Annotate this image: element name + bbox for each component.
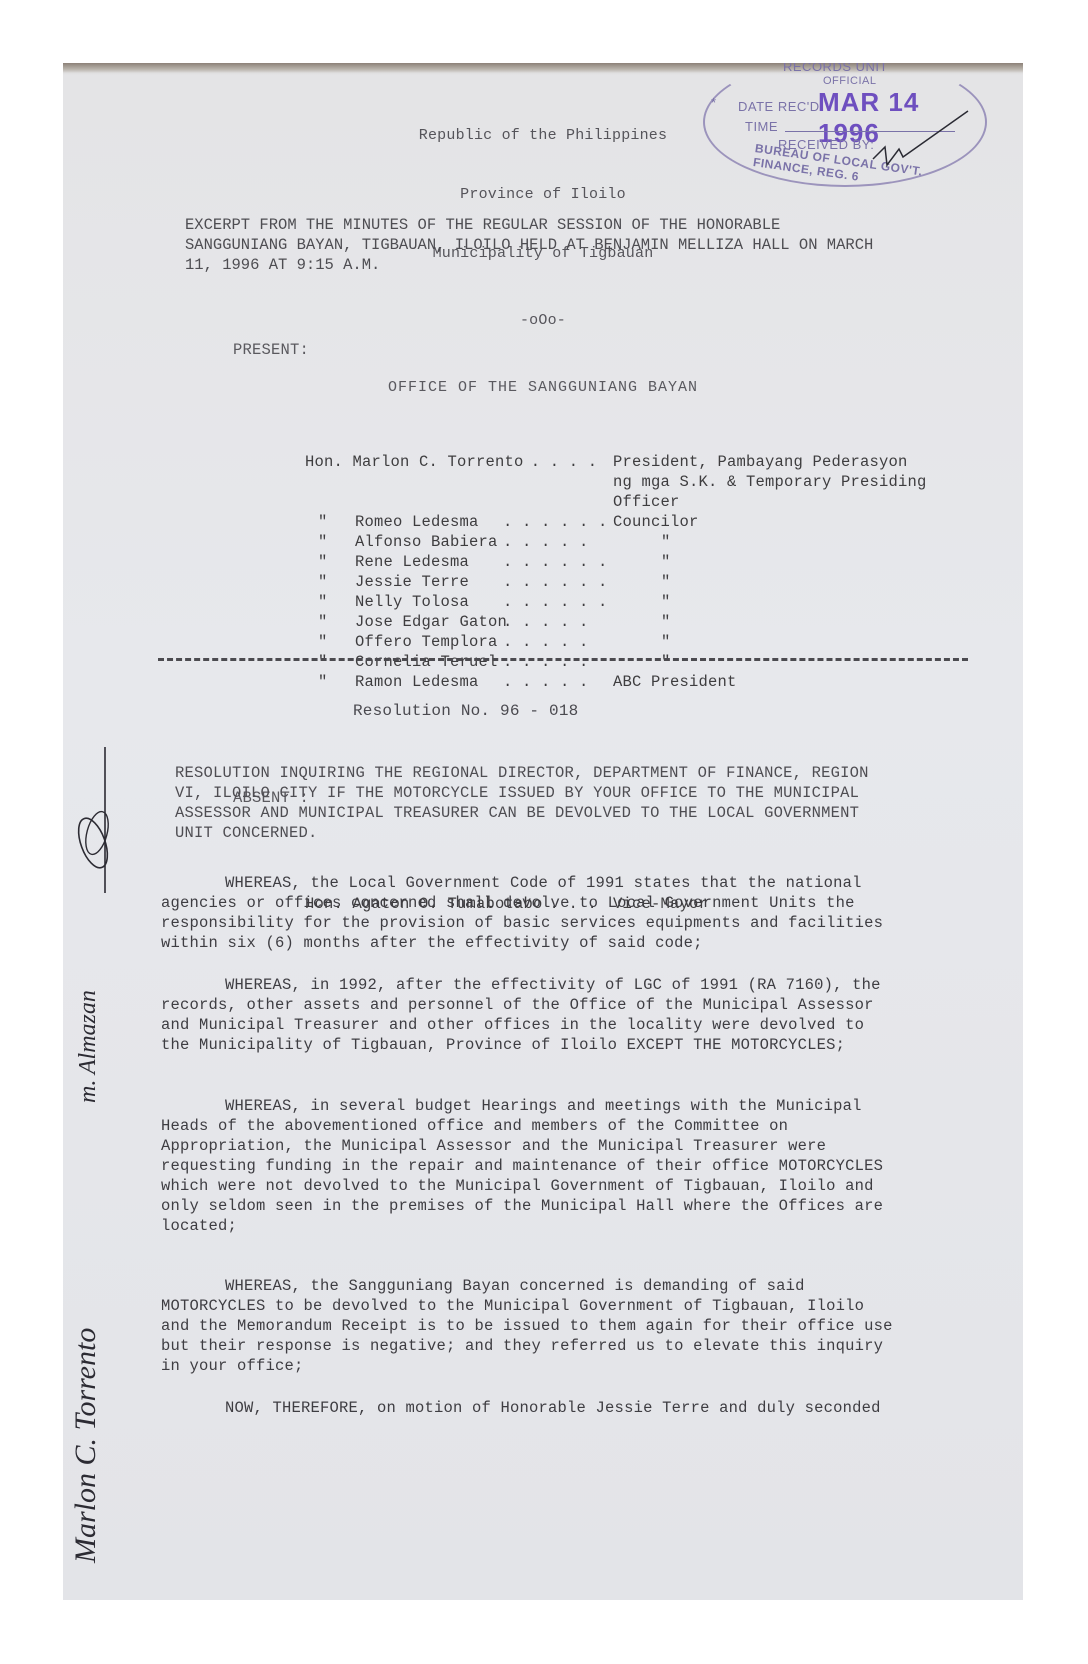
- ditto-mark: ": [318, 532, 328, 552]
- leader-dots: . . . . . .: [503, 552, 608, 572]
- present-member-row: "Jessie Terre. . . . . .": [233, 572, 993, 592]
- member-role: ": [661, 552, 671, 572]
- leader-dots: . . . . .: [503, 632, 589, 652]
- member-name: Jessie Terre: [355, 572, 469, 592]
- member-name: Offero Templora: [355, 632, 498, 652]
- ditto-mark: ": [318, 572, 328, 592]
- present-member-row: "Nelly Tolosa. . . . . .": [233, 592, 993, 612]
- present-member-row: "Cornelia Teruel. . . . .": [233, 652, 993, 672]
- member-name: Romeo Ledesma: [355, 512, 479, 532]
- stamp-asterisk-icon: *: [711, 95, 717, 110]
- leader-dots: . . . . .: [503, 532, 589, 552]
- member-name: Cornelia Teruel: [355, 652, 498, 672]
- member-name: Ramon Ledesma: [355, 672, 479, 692]
- ditto-mark: ": [318, 632, 328, 652]
- signature-torrento: Marlon C. Torrento: [69, 1328, 103, 1563]
- present-member-row: Hon. Marlon C. Torrento . . . .President…: [233, 452, 993, 472]
- present-label: PRESENT:: [233, 340, 993, 360]
- ditto-mark: ": [318, 512, 328, 532]
- attendance-list: PRESENT: Hon. Marlon C. Torrento . . . .…: [233, 300, 993, 954]
- section-divider: [158, 658, 968, 661]
- present-member-row: "Offero Templora. . . . .": [233, 632, 993, 652]
- excerpt-heading: EXCERPT FROM THE MINUTES OF THE REGULAR …: [185, 215, 885, 275]
- stamp-date-label: DATE REC'D: [738, 99, 820, 114]
- present-members: Hon. Marlon C. Torrento . . . .President…: [233, 452, 993, 692]
- member-role-continuation: Officer: [233, 492, 993, 512]
- member-role-continuation: ng mga S.K. & Temporary Presiding: [233, 472, 993, 492]
- member-name: Alfonso Babiera: [355, 532, 498, 552]
- ditto-mark: ": [318, 652, 328, 672]
- present-member-row: "Romeo Ledesma. . . . . .Councilor: [233, 512, 993, 532]
- leader-dots: . . . . . .: [503, 592, 608, 612]
- whereas-paragraph-2: WHEREAS, in 1992, after the effectivity …: [161, 975, 901, 1055]
- stamp-time-label: TIME: [745, 119, 778, 134]
- present-member-row: "Jose Edgar Gaton. . . . .": [233, 612, 993, 632]
- leader-dots: . . . . . .: [503, 512, 608, 532]
- member-role: ": [661, 572, 671, 592]
- member-role: President, Pambayang Pederasyon: [613, 452, 908, 472]
- present-member-row: "Rene Ledesma. . . . . .": [233, 552, 993, 572]
- present-member-row: "Alfonso Babiera. . . . .": [233, 532, 993, 552]
- member-role: Councilor: [613, 512, 699, 532]
- resolution-number: Resolution No. 96 - 018: [353, 701, 578, 721]
- leader-dots: . . . .: [521, 452, 597, 472]
- leader-dots: . . . . .: [503, 612, 589, 632]
- ditto-mark: ": [318, 612, 328, 632]
- member-name: Hon. Marlon C. Torrento: [305, 452, 524, 472]
- margin-signatures: m. Almazan Marlon C. Torrento: [63, 703, 123, 1583]
- member-role: ": [661, 592, 671, 612]
- member-role: Officer: [613, 492, 680, 512]
- whereas-paragraph-1: WHEREAS, the Local Government Code of 19…: [161, 873, 901, 953]
- initials-signature-icon: [65, 743, 121, 913]
- resolution-title: RESOLUTION INQUIRING THE REGIONAL DIRECT…: [175, 763, 895, 843]
- member-name: Rene Ledesma: [355, 552, 469, 572]
- member-role: ": [661, 612, 671, 632]
- member-role: ": [661, 652, 671, 672]
- member-name: Nelly Tolosa: [355, 592, 469, 612]
- whereas-paragraph-4: WHEREAS, the Sangguniang Bayan concerned…: [161, 1276, 901, 1376]
- signature-almazan: m. Almazan: [75, 990, 102, 1103]
- document-page: Republic of the Philippines Province of …: [63, 63, 1023, 1600]
- ditto-mark: ": [318, 672, 328, 692]
- stamp-signature-icon: [863, 107, 973, 177]
- stamp-records-unit: RECORDS UNIT: [783, 63, 888, 74]
- present-member-row: "Ramon Ledesma. . . . .ABC President: [233, 672, 993, 692]
- received-stamp: RECORDS UNIT OFFICIAL * DATE REC'D MAR 1…: [683, 63, 983, 197]
- member-role: ng mga S.K. & Temporary Presiding: [613, 472, 927, 492]
- member-name: Jose Edgar Gaton: [355, 612, 507, 632]
- whereas-paragraph-3: WHEREAS, in several budget Hearings and …: [161, 1096, 901, 1236]
- leader-dots: . . . . . .: [503, 572, 608, 592]
- member-role: ": [661, 532, 671, 552]
- stamp-official: OFFICIAL: [823, 75, 877, 87]
- ditto-mark: ": [318, 552, 328, 572]
- member-role: ": [661, 632, 671, 652]
- now-therefore-paragraph: NOW, THEREFORE, on motion of Honorable J…: [161, 1398, 901, 1418]
- leader-dots: . . . . .: [503, 652, 589, 672]
- leader-dots: . . . . .: [503, 672, 589, 692]
- member-role: ABC President: [613, 672, 737, 692]
- ditto-mark: ": [318, 592, 328, 612]
